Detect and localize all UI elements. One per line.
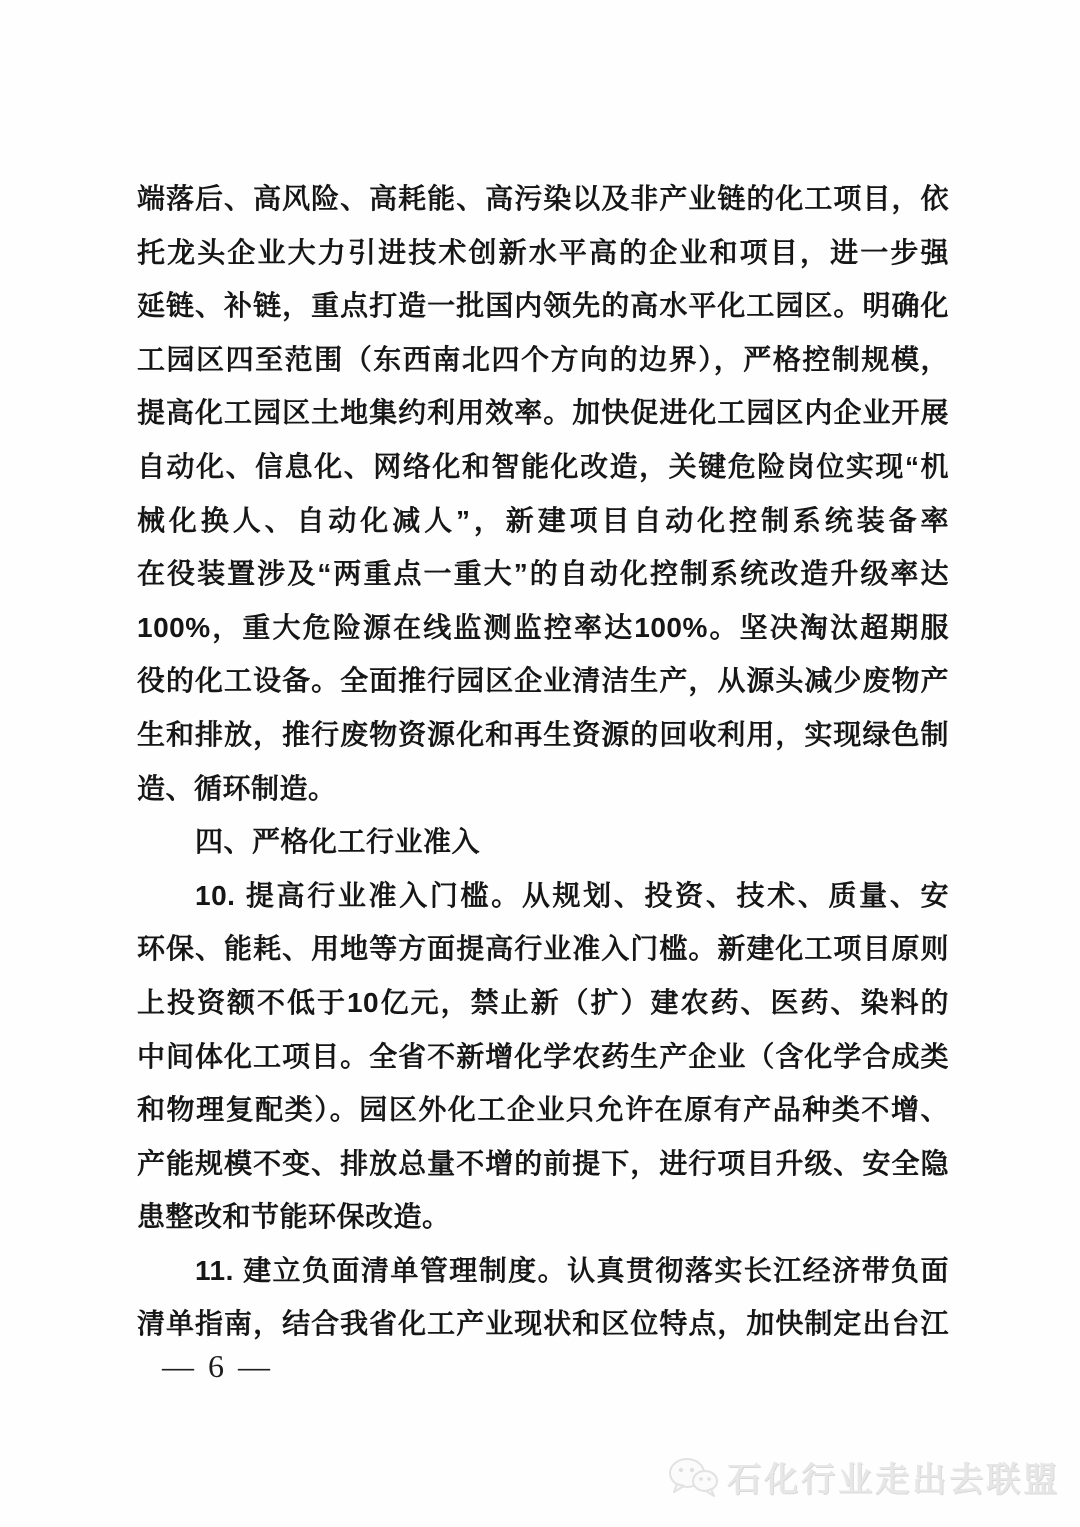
text-line: 延链、补链，重点打造一批国内领先的高水平化工园区。明确化 — [137, 279, 949, 333]
text-line: 10. 提高行业准入门槛。从规划、投资、技术、质量、安全、 — [137, 869, 949, 923]
text-line: 11. 建立负面清单管理制度。认真贯彻落实长江经济带负面 — [137, 1244, 949, 1298]
text-line: 端落后、高风险、高耗能、高污染以及非产业链的化工项目，依 — [137, 172, 949, 226]
text-line: 上投资额不低于10亿元，禁止新（扩）建农药、医药、染料的 — [137, 976, 949, 1030]
text-line: 环保、能耗、用地等方面提高行业准入门槛。新建化工项目原则 — [137, 922, 949, 976]
text-line: 中间体化工项目。全省不新增化学农药生产企业（含化学合成类 — [137, 1030, 949, 1084]
document-body: 端落后、高风险、高耗能、高污染以及非产业链的化工项目，依 托龙头企业大力引进技术… — [137, 172, 949, 1351]
text-line: 产能规模不变、排放总量不增的前提下，进行项目升级、安全隐 — [137, 1137, 949, 1191]
text-line: 造、循环制造。 — [137, 762, 949, 816]
text-line: 自动化、信息化、网络化和智能化改造，关键危险岗位实现“机 — [137, 440, 949, 494]
text-line: 托龙头企业大力引进技术创新水平高的企业和项目，进一步强链、 — [137, 226, 949, 280]
watermark: 石化行业走出去联盟 — [667, 1452, 1060, 1501]
text-line: 100%，重大危险源在线监测监控率达100%。坚决淘汰超期服 — [137, 601, 949, 655]
text-line: 和物理复配类）。园区外化工企业只允许在原有产品种类不增、 — [137, 1083, 949, 1137]
text-line: 役的化工设备。全面推行园区企业清洁生产，从源头减少废物产 — [137, 654, 949, 708]
text-line: 提高化工园区土地集约利用效率。加快促进化工园区内企业开展 — [137, 386, 949, 440]
text-line: 工园区四至范围（东西南北四个方向的边界），严格控制规模， — [137, 333, 949, 387]
section-heading: 四、严格化工行业准入 — [137, 815, 949, 869]
wechat-icon — [667, 1455, 719, 1499]
document-page: 端落后、高风险、高耗能、高污染以及非产业链的化工项目，依 托龙头企业大力引进技术… — [0, 0, 1080, 1527]
text-line: 在役装置涉及“两重点一重大”的自动化控制系统改造升级率达 — [137, 547, 949, 601]
text-line: 生和排放，推行废物资源化和再生资源的回收利用，实现绿色制 — [137, 708, 949, 762]
text-line: 械化换人、自动化减人”，新建项目自动化控制系统装备率100%， — [137, 494, 949, 548]
page-number: — 6 — — [162, 1348, 273, 1385]
text-line: 患整改和节能环保改造。 — [137, 1190, 949, 1244]
text-line: 清单指南，结合我省化工产业现状和区位特点，加快制定出台江 — [137, 1297, 949, 1351]
watermark-label: 石化行业走出去联盟 — [727, 1452, 1060, 1501]
